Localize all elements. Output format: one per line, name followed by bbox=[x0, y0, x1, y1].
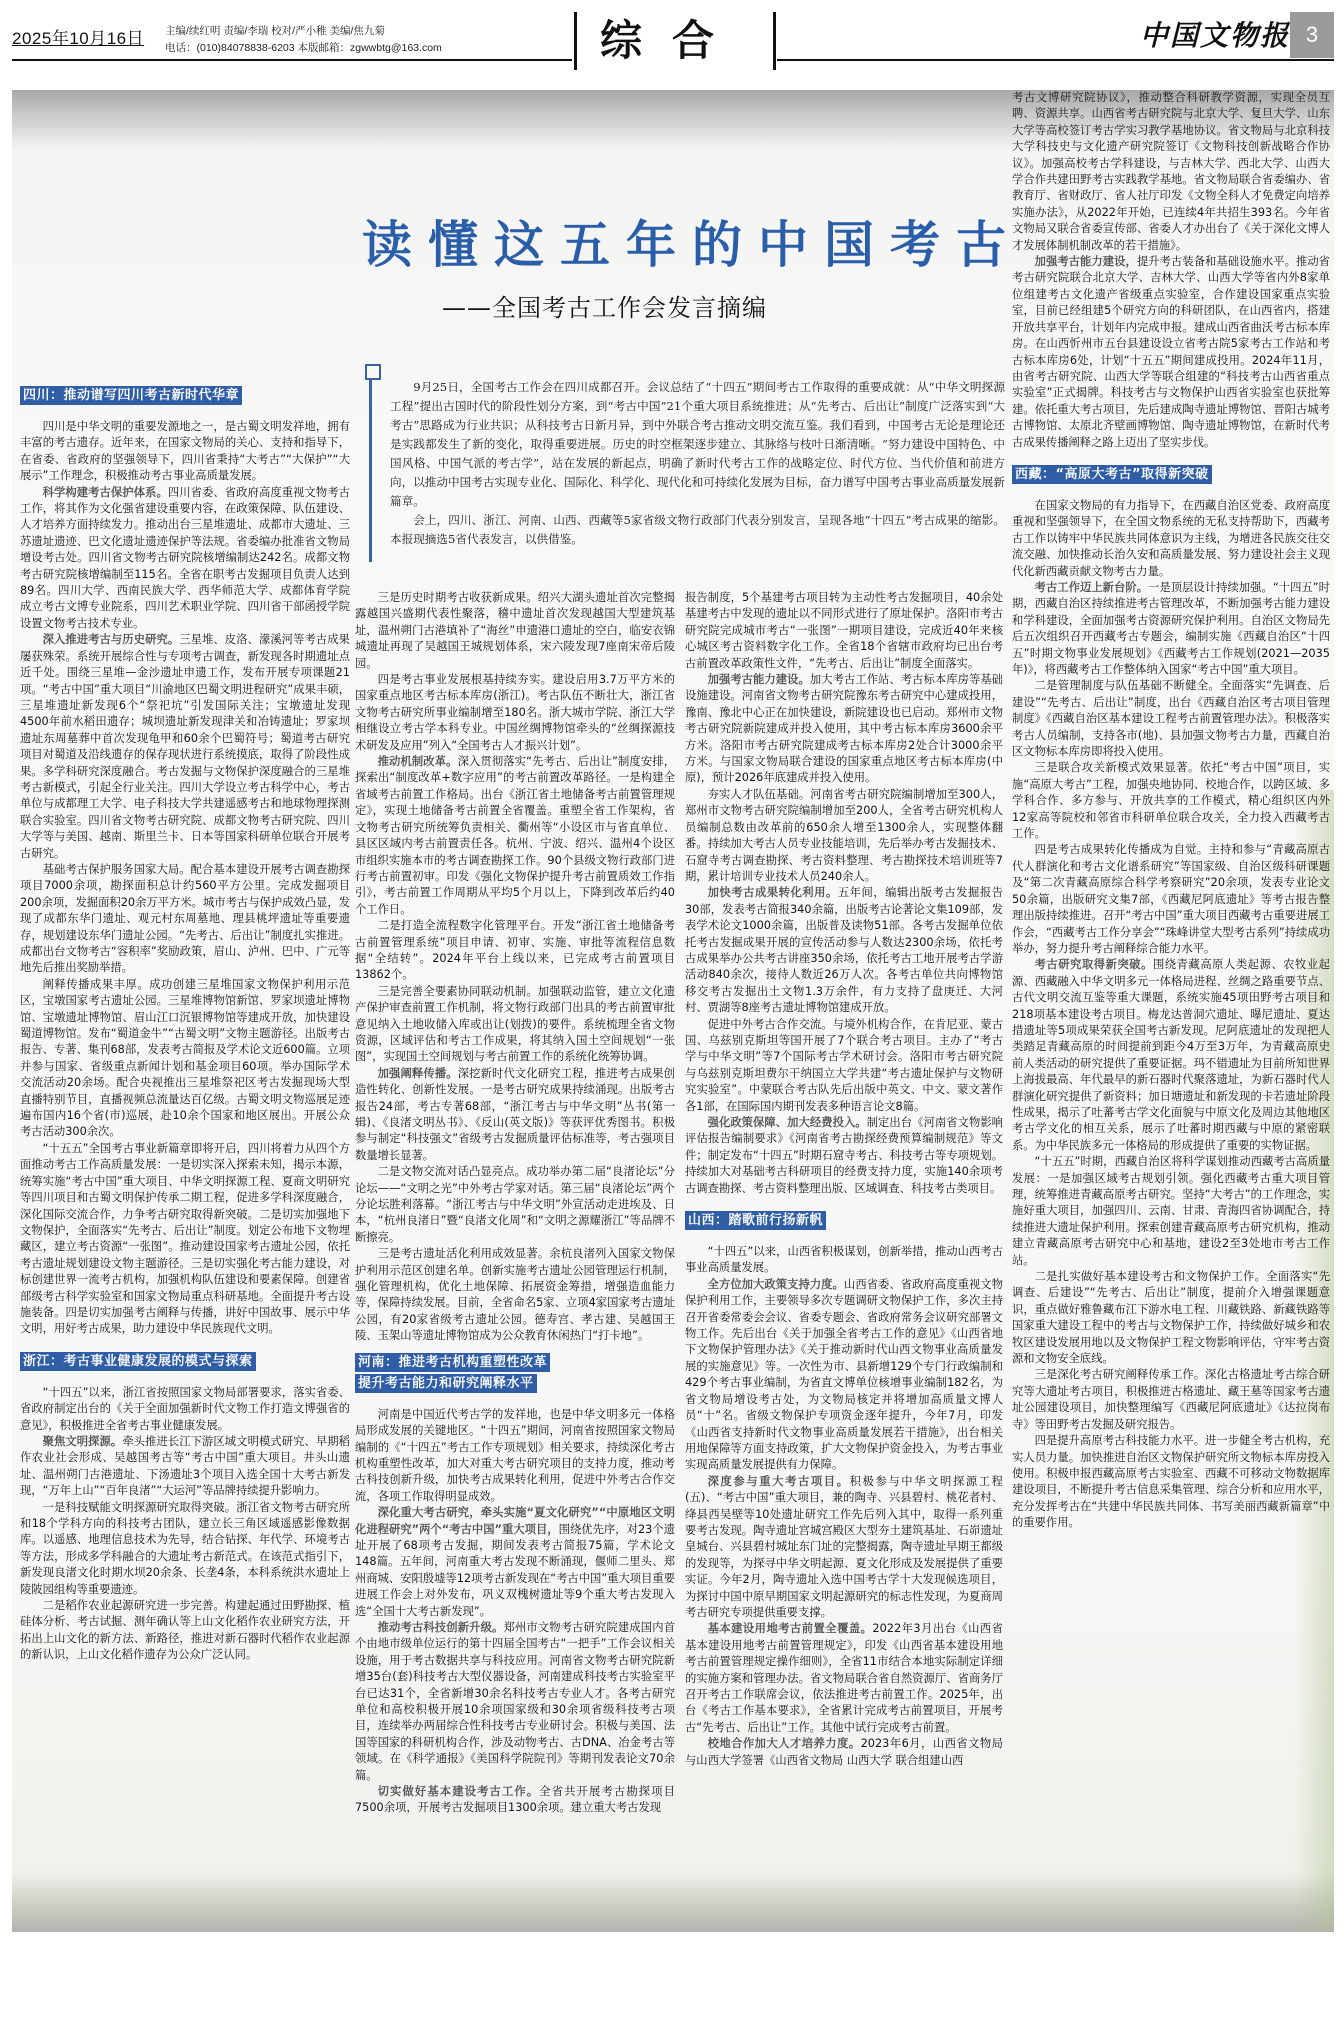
masthead: 2025年10月16日 主编/续红明 责编/李瑞 校对/严小稚 美编/焦九菊 电… bbox=[0, 0, 1344, 80]
paragraph: 深入推进考古与历史研究。三星堆、皮洛、濛溪河等考古成果屡获殊荣。系统开展综合性与… bbox=[20, 632, 350, 862]
paragraph: 报告制度，5个基建考古项目转为主动性考古发掘项目，40余处基建考古中发现的遗址以… bbox=[685, 590, 1003, 672]
paragraph: 三是完善全要素协同联动机制。加强联动监管，建立文化遗产保护审查前置工作机制，将文… bbox=[355, 984, 675, 1066]
page-number: 3 bbox=[1290, 12, 1334, 58]
paragraph: 四是考古事业发展根基持续夯实。建设启用3.7万平方米的国家重点地区考古标本库房(… bbox=[355, 672, 675, 754]
newspaper-logo: 中国文物报 bbox=[1140, 14, 1290, 54]
corner-ornament-icon bbox=[365, 364, 381, 380]
paragraph: 河南是中国近代考古学的发祥地，也是中华文明多元一体格局形成发展的关键地区。“十四… bbox=[355, 1407, 675, 1505]
paragraph: 加快考古成果转化利用。五年间，编辑出版考古发掘报告30部，发表考古简报340余篇… bbox=[685, 885, 1003, 1016]
paragraph: 全方位加大政策支持力度。山西省委、省政府高度重视文物保护利用工作，主要领导多次专… bbox=[685, 1277, 1003, 1474]
section-divider-left bbox=[574, 12, 577, 70]
article-subhead: ——全国考古工作会发言摘编 bbox=[442, 288, 942, 323]
paragraph: 一是科技赋能文明探源研究取得突破。浙江省文物考古研究所和18个学科方向的科技考古… bbox=[20, 1500, 350, 1598]
paragraph: 二是管理制度与队伍基础不断健全。全面落实“先调查、后建设”“先考古、后出让”制度… bbox=[1012, 678, 1330, 760]
section-heading-shanxi: 山西：踏歌前行扬新帆 bbox=[685, 1211, 826, 1230]
paragraph: 二是打造全流程数字化管理平台。开发“浙江省土地储备考古前置管理系统”项目申请、初… bbox=[355, 918, 675, 984]
paragraph: 二是稻作农业起源研究进一步完善。构建起通过田野勘探、植硅体分析、考古试掘、测年确… bbox=[20, 1598, 350, 1664]
paragraph: 基础考古保护服务国家大局。配合基本建设开展考古调查勘探项目7000余项，勘探面积… bbox=[20, 862, 350, 977]
credits-line-contact: 电话：(010)84078838-6203 本版邮箱：zgwwbtg@163.c… bbox=[165, 40, 442, 57]
paragraph: “十五五”全国考古事业新篇章即将开启，四川将着力从四个方面推动考古工作高质量发展… bbox=[20, 1141, 350, 1338]
column-4: 考古文博研究院协议》，推动整合科研教学资源，实现全员互聘、资源共享。山西省考古研… bbox=[1012, 90, 1330, 1532]
masthead-rule-right bbox=[777, 59, 1334, 61]
section-heading-xizang: 西藏：“高原大考古”取得新突破 bbox=[1012, 465, 1212, 484]
paragraph: 四川是中华文明的重要发源地之一，是古蜀文明发祥地，拥有丰富的考古遗存。近年来，在… bbox=[20, 419, 350, 485]
paragraph: 二是文物交流对话凸显亮点。成功举办第二届“良渚论坛”分论坛——“文明之光”中外考… bbox=[355, 1164, 675, 1246]
paragraph: 二是扎实做好基本建设考古和文物保护工作。全面落实“先调查、后建设”“先考古、后出… bbox=[1012, 1269, 1330, 1367]
paragraph: 考古工作迈上新台阶。一是顶层设计持续加强。“十四五”时期，西藏自治区持续推进考古… bbox=[1012, 580, 1330, 678]
ink-wash-bottom-decoration bbox=[12, 1872, 1334, 1932]
article-panel: 读懂这五年的中国考古 ——全国考古工作会发言摘编 9月25日，全国考古工作会在四… bbox=[12, 90, 1334, 1932]
column-2: 三是历史时期考古收获新成果。绍兴大湖头遗址首次完整揭露越国兴盛期代表性聚落，稽中… bbox=[355, 590, 675, 1817]
credits-line-editors: 主编/续红明 责编/李瑞 校对/严小稚 美编/焦九菊 bbox=[165, 23, 442, 40]
paragraph: 四是考古成果转化传播成为自觉。主持和参与“青藏高原古代人群演化和考古文化谱系研究… bbox=[1012, 842, 1330, 957]
lead-summary-box: 9月25日，全国考古工作会在四川成都召开。会议总结了“十四五”期间考古工作取得的… bbox=[369, 372, 1019, 562]
editor-credits: 主编/续红明 责编/李瑞 校对/严小稚 美编/焦九菊 电话：(010)84078… bbox=[165, 23, 442, 57]
column-1: 四川：推动谱写四川考古新时代华章 四川是中华文明的重要发源地之一，是古蜀文明发祥… bbox=[20, 382, 350, 1664]
paragraph: 三是联合攻关新模式效果显著。依托“考古中国”项目，实施“高原大考古”工程，加强央… bbox=[1012, 760, 1330, 842]
paragraph: 推动考古科技创新升级。郑州市文物考古研究院建成国内首个由地市级单位运行的第十四届… bbox=[355, 1620, 675, 1784]
issue-date: 2025年10月16日 bbox=[12, 24, 144, 49]
section-title: 综合 bbox=[600, 8, 744, 68]
paragraph: “十五五”时期，西藏自治区将科学谋划推动西藏考古高质量发展：一是加强区域考古规划… bbox=[1012, 1154, 1330, 1269]
paragraph: 阐释传播成果丰厚。成功创建三星堆国家文物保护利用示范区，宝墩国家考古遗址公园。三… bbox=[20, 977, 350, 1141]
paragraph: 强化政策保障、加大经费投入。制定出台《河南省文物影响评估报告编制要求》《河南省考… bbox=[685, 1115, 1003, 1197]
section-heading-henan-line1: 河南：推进考古机构重塑性改革 bbox=[355, 1353, 550, 1372]
masthead-rule-left bbox=[12, 59, 572, 61]
paragraph: 促进中外考古合作交流。与境外机构合作，在肯尼亚、蒙古国、乌兹别克斯坦等国开展了7… bbox=[685, 1017, 1003, 1115]
paragraph: 校地合作加大人才培养力度。2023年6月，山西省文物局与山西大学签署《山西省文物… bbox=[685, 1736, 1003, 1769]
section-heading-henan-line2: 提升考古能力和研究阐释水平 bbox=[355, 1374, 537, 1393]
paragraph: 三是考古遗址活化利用成效显著。余杭良渚列入国家文物保护利用示范区创建名单。创新实… bbox=[355, 1246, 675, 1344]
paragraph: 科学构建考古保护体系。四川省委、省政府高度重视文物考古工作，将其作为文化强省建设… bbox=[20, 485, 350, 633]
paragraph: 加强考古能力建设，提升考古装备和基础设施水平。推动省考古研究院联合北京大学、吉林… bbox=[1012, 254, 1330, 451]
section-heading-sichuan: 四川：推动谱写四川考古新时代华章 bbox=[20, 386, 242, 405]
paragraph: 加强阐释传播。深挖新时代文化研究工程，推进考古成果创造性转化、创新性发展。一是考… bbox=[355, 1066, 675, 1164]
paragraph: 切实做好基本建设考古工作。全省共开展考古勘探项目7500余项，开展考古发掘项目1… bbox=[355, 1784, 675, 1817]
column-3: 报告制度，5个基建考古项目转为主动性考古发掘项目，40余处基建考古中发现的遗址以… bbox=[685, 590, 1003, 1769]
paragraph: 三是历史时期考古收获新成果。绍兴大湖头遗址首次完整揭露越国兴盛期代表性聚落，稽中… bbox=[355, 590, 675, 672]
paragraph: 考古文博研究院协议》，推动整合科研教学资源，实现全员互聘、资源共享。山西省考古研… bbox=[1012, 90, 1330, 254]
section-heading-zhejiang: 浙江：考古事业健康发展的模式与探索 bbox=[20, 1352, 256, 1371]
paragraph: 四是提升高原考古科技能力水平。进一步健全考古机构，充实人员力量。加快推进自治区文… bbox=[1012, 1433, 1330, 1531]
section-divider-right bbox=[773, 12, 776, 70]
paragraph: 夯实人才队伍基础。河南省考古研究院编制增加至300人，郑州市文物考古研究院编制增… bbox=[685, 787, 1003, 885]
paragraph: 加强考古能力建设。加大考古工作站、考古标本库房等基础设施建设。河南省文物考古研究… bbox=[685, 672, 1003, 787]
paragraph: 三是深化考古研究阐释传承工作。深化古格遗址考古综合研究等大遗址考古项目，积极推进… bbox=[1012, 1367, 1330, 1433]
paragraph: 考古研究取得新突破。围绕青藏高原人类起源、农牧业起源、西藏融入中华文明多元一体格… bbox=[1012, 957, 1330, 1154]
paragraph: 深度参与重大考古项目。积极参与中华文明探源工程(五)、“考古中国”重大项目，兼的… bbox=[685, 1474, 1003, 1622]
paragraph: “十四五”以来，浙江省按照国家文物局部署要求，落实省委、省政府制定出台的《关于全… bbox=[20, 1385, 350, 1434]
lead-paragraph: 9月25日，全国考古工作会在四川成都召开。会议总结了“十四五”期间考古工作取得的… bbox=[390, 378, 1005, 511]
paragraph: 深化重大考古研究，牵头实施“夏文化研究”“中原地区文明化进程研究”两个“考古中国… bbox=[355, 1505, 675, 1620]
paragraph: 聚焦文明探源。牵头推进长江下游区域文明模式研究、早期稻作农业社会形成、吴越国考古… bbox=[20, 1434, 350, 1500]
article-headline: 读懂这五年的中国考古 bbox=[342, 205, 1042, 277]
paragraph: 基本建设用地考古前置全覆盖。2022年3月出台《山西省基本建设用地考古前置管理规… bbox=[685, 1621, 1003, 1736]
paragraph: 在国家文物局的有力指导下，在西藏自治区党委、政府高度重视和坚强领导下，在全国文物… bbox=[1012, 498, 1330, 580]
paragraph: “十四五”以来，山西省积极谋划，创新举措，推动山西考古事业高质量发展。 bbox=[685, 1244, 1003, 1277]
lead-paragraph: 会上，四川、浙江、河南、山西、西藏等5家省级文物行政部门代表分别发言，呈现各地“… bbox=[390, 511, 1005, 549]
paragraph: 推动机制改革。深入贯彻落实“先考古、后出让”制度安排，探索出“制度改革+数字应用… bbox=[355, 754, 675, 918]
